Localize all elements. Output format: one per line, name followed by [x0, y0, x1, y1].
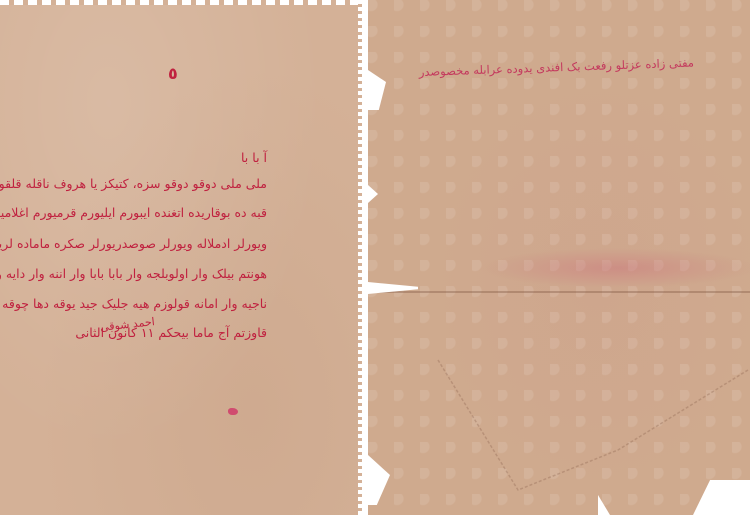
letter-line-3: ویورلر ادملاله ویورلر صوصدریورلر صکره ما… [0, 236, 267, 251]
ink-blot [228, 408, 238, 415]
letter-page-left: ٥ آ با با ملی ملی دوقو دوقو سزه، کتیکز ی… [0, 0, 362, 515]
letter-line-1: ملی ملی دوقو دوقو سزه، کتیکز یا هروف ناق… [0, 176, 267, 191]
torn-edge [368, 185, 378, 203]
torn-edge [368, 70, 386, 110]
page-number: ٥ [168, 64, 178, 83]
letter-line-4: هونتم بیلک وار اولوبلجه وار بابا بابا وا… [0, 266, 267, 281]
salutation: آ با با [241, 150, 267, 165]
letter-line-2: قبه ده بوقاریده اتغنده ایبورم ایلیورم قر… [0, 205, 267, 220]
letter-line-5: ناجیه وار امانه قولوزم هیه جلیک جید یوقه… [0, 296, 267, 311]
ink-stain [478, 248, 750, 288]
envelope-flap-outline [368, 300, 750, 515]
fold-line [368, 291, 750, 293]
